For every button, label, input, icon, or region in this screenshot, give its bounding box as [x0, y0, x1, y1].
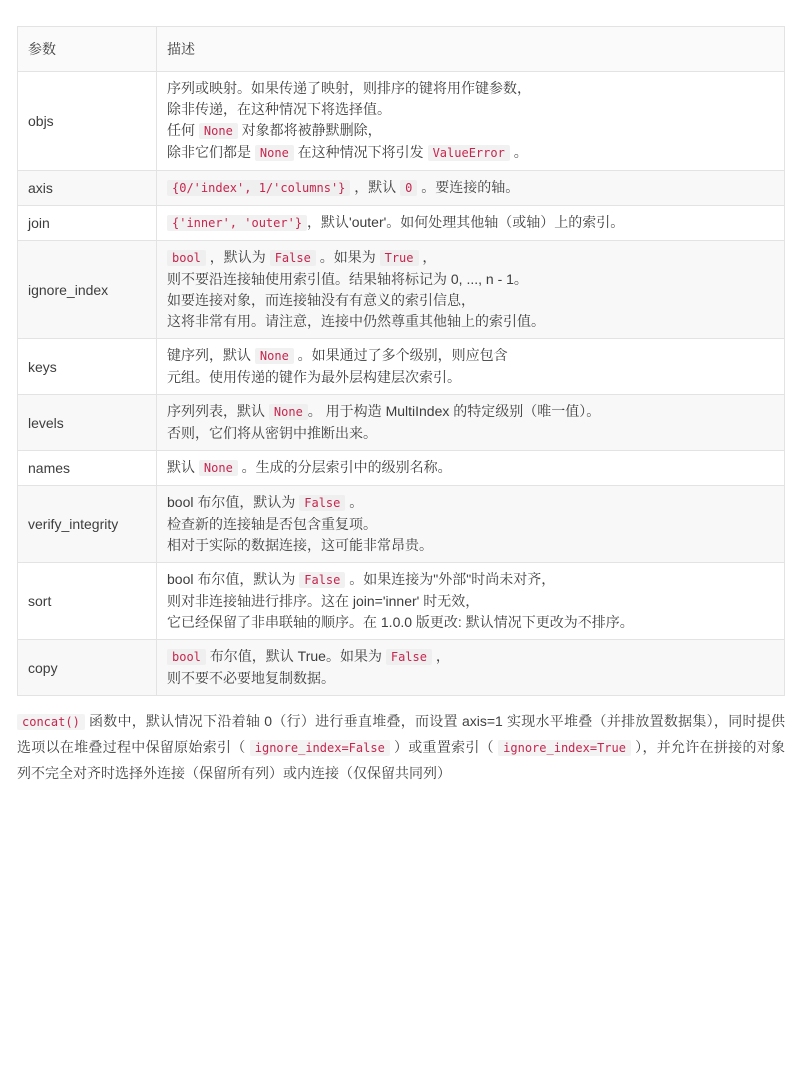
table-row: objs序列或映射。如果传递了映射，则排序的键将用作键参数，除非传递，在这种情况…: [18, 72, 785, 171]
desc-line: 如要连接对象，而连接轴没有有意义的索引信息，: [167, 290, 774, 311]
text-segment: 如要连接对象，而连接轴没有有意义的索引信息，: [167, 292, 475, 308]
table-row: verify_integritybool 布尔值，默认为 False 。检查新的…: [18, 486, 785, 563]
text-segment: 则对非连接轴进行排序。这在 join='inner' 时无效，: [167, 593, 479, 609]
desc-cell: 默认 None 。生成的分层索引中的级别名称。: [157, 451, 785, 486]
text-segment: ，默认: [350, 179, 400, 195]
desc-line: 默认 None 。生成的分层索引中的级别名称。: [167, 457, 774, 479]
desc-line: {'inner', 'outer'}，默认'outer'。如何处理其他轴（或轴）…: [167, 212, 774, 234]
desc-cell: bool 布尔值，默认 True。如果为 False ，则不要不必要地复制数据。: [157, 640, 785, 696]
inline-code: False: [270, 250, 316, 266]
desc-line: 键序列，默认 None 。如果通过了多个级别，则应包含: [167, 345, 774, 367]
table-header: 参数 描述: [18, 27, 785, 72]
table-row: ignore_indexbool ，默认为 False 。如果为 True ，则…: [18, 241, 785, 339]
param-cell: verify_integrity: [18, 486, 157, 563]
desc-cell: 键序列，默认 None 。如果通过了多个级别，则应包含元组。使用传递的键作为最外…: [157, 339, 785, 395]
inline-code: None: [199, 123, 238, 139]
text-segment: 相对于实际的数据连接，这可能非常昂贵。: [167, 537, 433, 553]
text-segment: ，: [432, 648, 450, 664]
inline-code: {'inner', 'outer'}: [167, 215, 307, 231]
inline-code: False: [299, 572, 345, 588]
inline-code: ignore_index=False: [250, 740, 390, 756]
header-row: 参数 描述: [18, 27, 785, 72]
inline-code: ignore_index=True: [498, 740, 631, 756]
desc-line: 序列列表，默认 None。 用于构造 MultiIndex 的特定级别（唯一值）…: [167, 401, 774, 423]
inline-code: concat(): [17, 714, 85, 730]
desc-line: 相对于实际的数据连接，这可能非常昂贵。: [167, 535, 774, 556]
desc-cell: bool 布尔值，默认为 False 。检查新的连接轴是否包含重复项。相对于实际…: [157, 486, 785, 563]
inline-code: False: [299, 495, 345, 511]
text-segment: bool 布尔值，默认为: [167, 494, 299, 510]
inline-code: False: [386, 649, 432, 665]
text-segment: 这将非常有用。请注意，连接中仍然尊重其他轴上的索引值。: [167, 313, 545, 329]
text-segment: 序列列表，默认: [167, 403, 269, 419]
document-page: 参数 描述 objs序列或映射。如果传递了映射，则排序的键将用作键参数，除非传递…: [0, 0, 800, 1067]
desc-cell: bool ，默认为 False 。如果为 True ，则不要沿连接轴使用索引值。…: [157, 241, 785, 339]
table-row: copybool 布尔值，默认 True。如果为 False ，则不要不必要地复…: [18, 640, 785, 696]
desc-cell: bool 布尔值，默认为 False 。如果连接为"外部"时尚未对齐，则对非连接…: [157, 563, 785, 640]
table-row: join{'inner', 'outer'}，默认'outer'。如何处理其他轴…: [18, 206, 785, 241]
param-cell: copy: [18, 640, 157, 696]
text-segment: 。: [510, 144, 528, 160]
inline-code: None: [199, 460, 238, 476]
desc-line: bool 布尔值，默认为 False 。: [167, 492, 774, 514]
text-segment: 。如果连接为"外部"时尚未对齐，: [345, 571, 555, 587]
text-segment: 。 用于构造 MultiIndex 的特定级别（唯一值）。: [308, 403, 600, 419]
column-header-desc: 描述: [157, 27, 785, 72]
text-segment: 则不要不必要地复制数据。: [167, 670, 335, 686]
text-segment: 键序列，默认: [167, 347, 255, 363]
inline-code: bool: [167, 649, 206, 665]
inline-code: ValueError: [428, 145, 510, 161]
text-segment: 。要连接的轴。: [417, 179, 519, 195]
desc-line: bool ，默认为 False 。如果为 True ，: [167, 247, 774, 269]
inline-code: bool: [167, 250, 206, 266]
inline-code: None: [255, 145, 294, 161]
desc-line: 除非传递，在这种情况下将选择值。: [167, 99, 774, 120]
summary-paragraph: concat() 函数中，默认情况下沿着轴 0（行）进行垂直堆叠，而设置 axi…: [17, 709, 785, 786]
desc-line: 则不要不必要地复制数据。: [167, 668, 774, 689]
inline-code: {0/'index', 1/'columns'}: [167, 180, 350, 196]
param-cell: objs: [18, 72, 157, 171]
table-row: sortbool 布尔值，默认为 False 。如果连接为"外部"时尚未对齐，则…: [18, 563, 785, 640]
param-cell: names: [18, 451, 157, 486]
text-segment: 元组。使用传递的键作为最外层构建层次索引。: [167, 369, 461, 385]
inline-code: None: [255, 348, 294, 364]
text-segment: ，默认为: [206, 249, 270, 265]
text-segment: 对象都将被静默删除，: [238, 122, 382, 138]
text-segment: 布尔值，默认 True。如果为: [206, 648, 386, 664]
text-segment: 除非它们都是: [167, 144, 255, 160]
text-segment: 。如果为: [316, 249, 380, 265]
param-cell: keys: [18, 339, 157, 395]
parameters-table: 参数 描述 objs序列或映射。如果传递了映射，则排序的键将用作键参数，除非传递…: [17, 26, 785, 696]
text-segment: 除非传递，在这种情况下将选择值。: [167, 101, 391, 117]
table-row: axis{0/'index', 1/'columns'} ，默认 0 。要连接的…: [18, 171, 785, 206]
desc-cell: {'inner', 'outer'}，默认'outer'。如何处理其他轴（或轴）…: [157, 206, 785, 241]
desc-line: bool 布尔值，默认为 False 。如果连接为"外部"时尚未对齐，: [167, 569, 774, 591]
table-row: keys键序列，默认 None 。如果通过了多个级别，则应包含元组。使用传递的键…: [18, 339, 785, 395]
desc-cell: {0/'index', 1/'columns'} ，默认 0 。要连接的轴。: [157, 171, 785, 206]
desc-line: 任何 None 对象都将被静默删除，: [167, 120, 774, 142]
desc-cell: 序列列表，默认 None。 用于构造 MultiIndex 的特定级别（唯一值）…: [157, 395, 785, 451]
text-segment: bool 布尔值，默认为: [167, 571, 299, 587]
text-segment: ）或重置索引（: [390, 739, 498, 755]
desc-line: 元组。使用传递的键作为最外层构建层次索引。: [167, 367, 774, 388]
table-row: levels序列列表，默认 None。 用于构造 MultiIndex 的特定级…: [18, 395, 785, 451]
inline-code: None: [269, 404, 308, 420]
desc-line: 则不要沿连接轴使用索引值。结果轴将标记为 0, ..., n - 1。: [167, 269, 774, 290]
desc-line: 它已经保留了非串联轴的顺序。在 1.0.0 版更改: 默认情况下更改为不排序。: [167, 612, 774, 633]
desc-line: 否则，它们将从密钥中推断出来。: [167, 423, 774, 444]
text-segment: 任何: [167, 122, 199, 138]
text-segment: 序列或映射。如果传递了映射，则排序的键将用作键参数，: [167, 80, 531, 96]
text-segment: 。: [345, 494, 363, 510]
desc-line: 这将非常有用。请注意，连接中仍然尊重其他轴上的索引值。: [167, 311, 774, 332]
inline-code: 0: [400, 180, 417, 196]
param-cell: sort: [18, 563, 157, 640]
table-row: names默认 None 。生成的分层索引中的级别名称。: [18, 451, 785, 486]
inline-code: True: [380, 250, 419, 266]
param-cell: join: [18, 206, 157, 241]
desc-line: {0/'index', 1/'columns'} ，默认 0 。要连接的轴。: [167, 177, 774, 199]
text-segment: ，: [419, 249, 437, 265]
text-segment: 否则，它们将从密钥中推断出来。: [167, 425, 377, 441]
desc-cell: 序列或映射。如果传递了映射，则排序的键将用作键参数，除非传递，在这种情况下将选择…: [157, 72, 785, 171]
text-segment: ，默认'outer'。如何处理其他轴（或轴）上的索引。: [307, 214, 624, 230]
text-segment: 默认: [167, 459, 199, 475]
param-cell: levels: [18, 395, 157, 451]
desc-line: 除非它们都是 None 在这种情况下将引发 ValueError 。: [167, 142, 774, 164]
desc-line: 序列或映射。如果传递了映射，则排序的键将用作键参数，: [167, 78, 774, 99]
text-segment: 。如果通过了多个级别，则应包含: [294, 347, 508, 363]
text-segment: 则不要沿连接轴使用索引值。结果轴将标记为 0, ..., n - 1。: [167, 271, 528, 287]
text-segment: 检查新的连接轴是否包含重复项。: [167, 516, 377, 532]
table-body: objs序列或映射。如果传递了映射，则排序的键将用作键参数，除非传递，在这种情况…: [18, 72, 785, 696]
column-header-param: 参数: [18, 27, 157, 72]
desc-line: bool 布尔值，默认 True。如果为 False ，: [167, 646, 774, 668]
desc-line: 则对非连接轴进行排序。这在 join='inner' 时无效，: [167, 591, 774, 612]
text-segment: 它已经保留了非串联轴的顺序。在 1.0.0 版更改: 默认情况下更改为不排序。: [167, 614, 634, 630]
text-segment: 在这种情况下将引发: [294, 144, 428, 160]
param-cell: axis: [18, 171, 157, 206]
text-segment: 。生成的分层索引中的级别名称。: [238, 459, 452, 475]
desc-line: 检查新的连接轴是否包含重复项。: [167, 514, 774, 535]
param-cell: ignore_index: [18, 241, 157, 339]
